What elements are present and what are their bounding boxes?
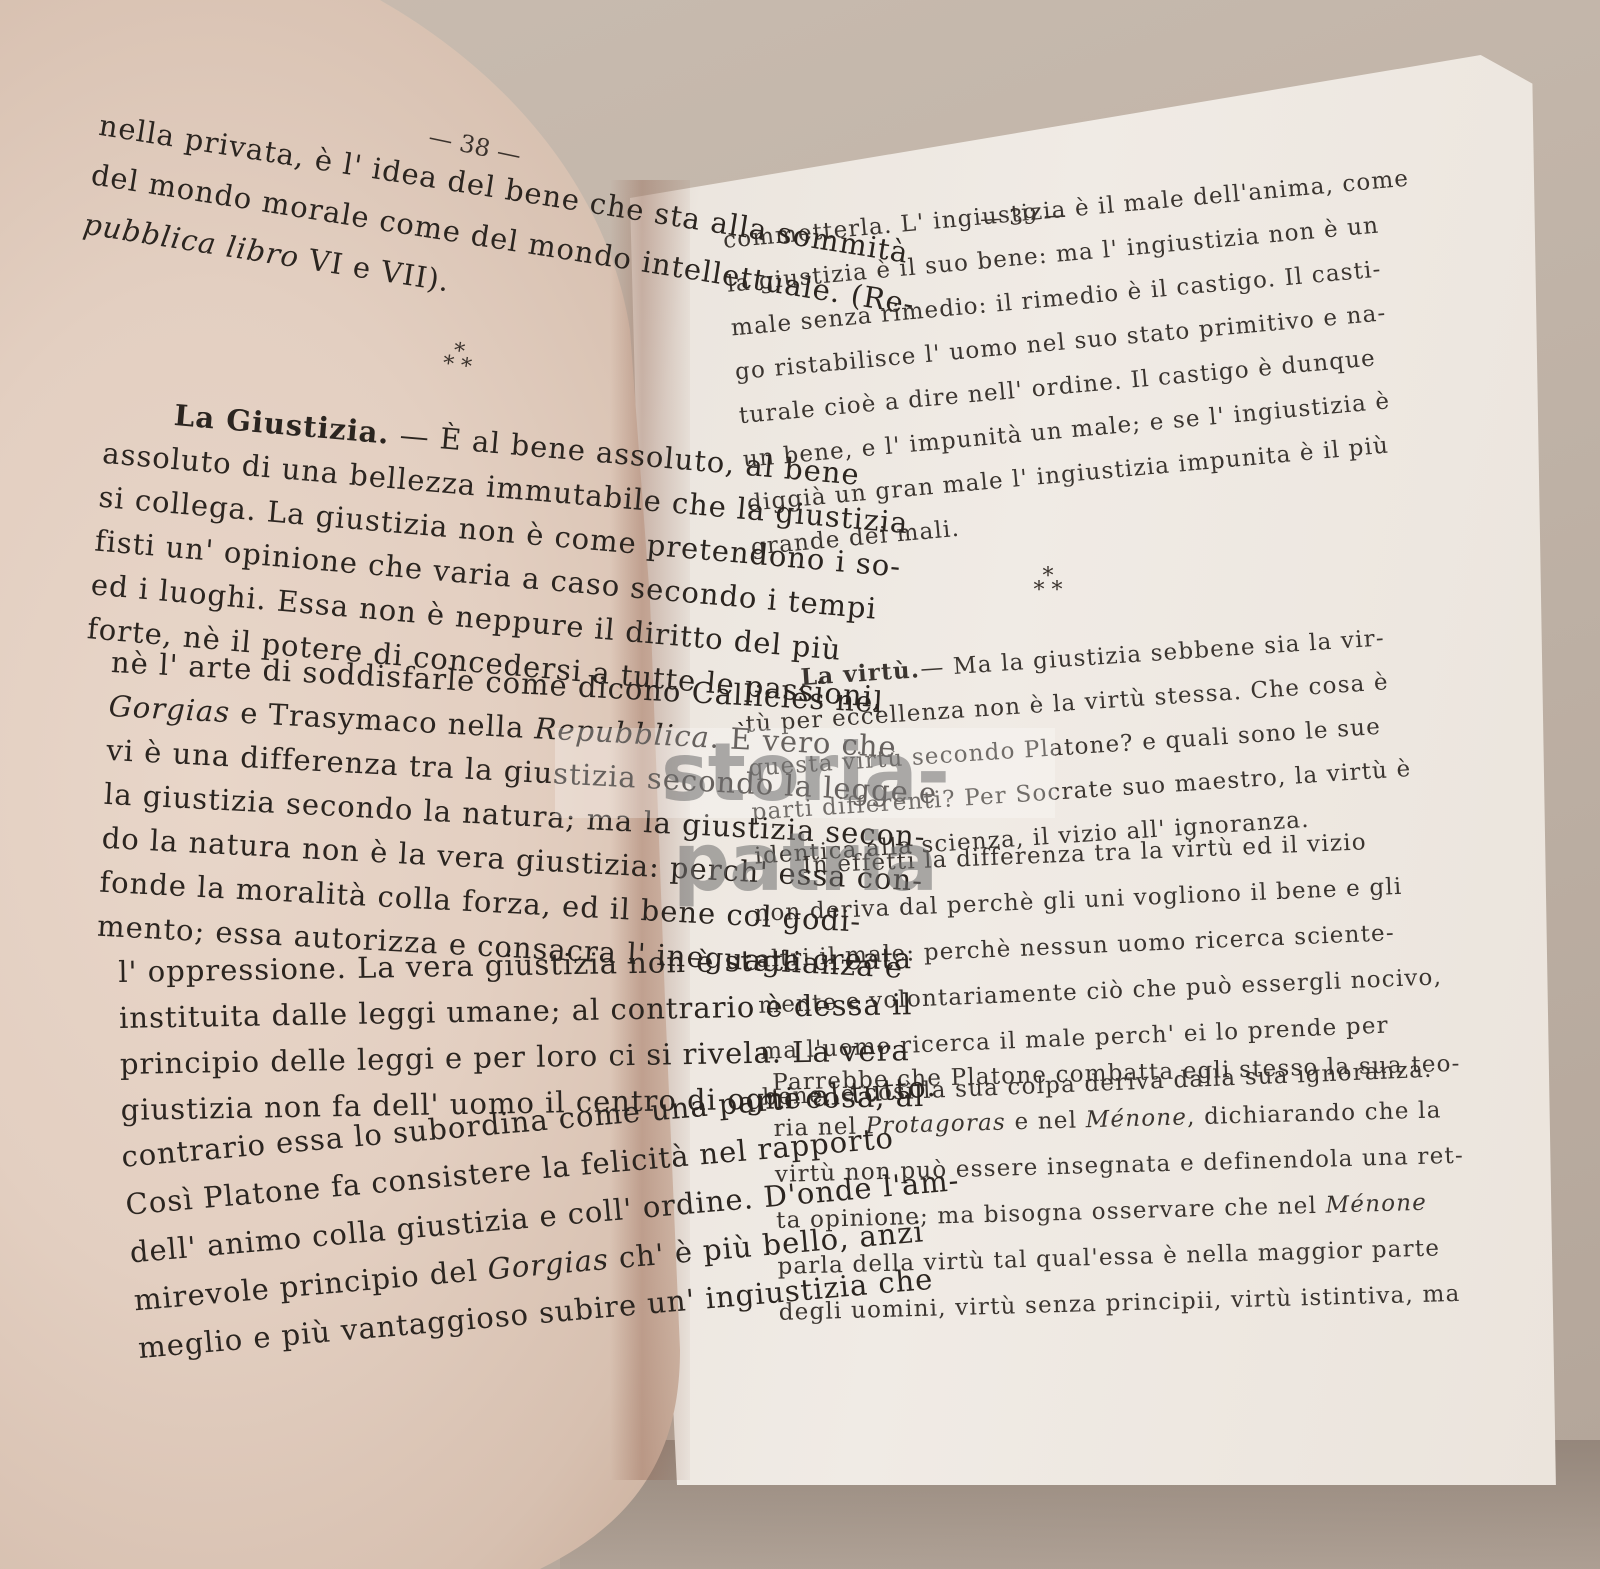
italic-term: Gorgias (108, 689, 231, 729)
italic-term: Ménone (1085, 1104, 1187, 1133)
section-separator-right: ** * (1028, 570, 1068, 598)
watermark: storia-patria (555, 728, 1055, 818)
section-separator-left: ** * (436, 342, 480, 375)
italic-term: Ménone (1325, 1190, 1427, 1219)
